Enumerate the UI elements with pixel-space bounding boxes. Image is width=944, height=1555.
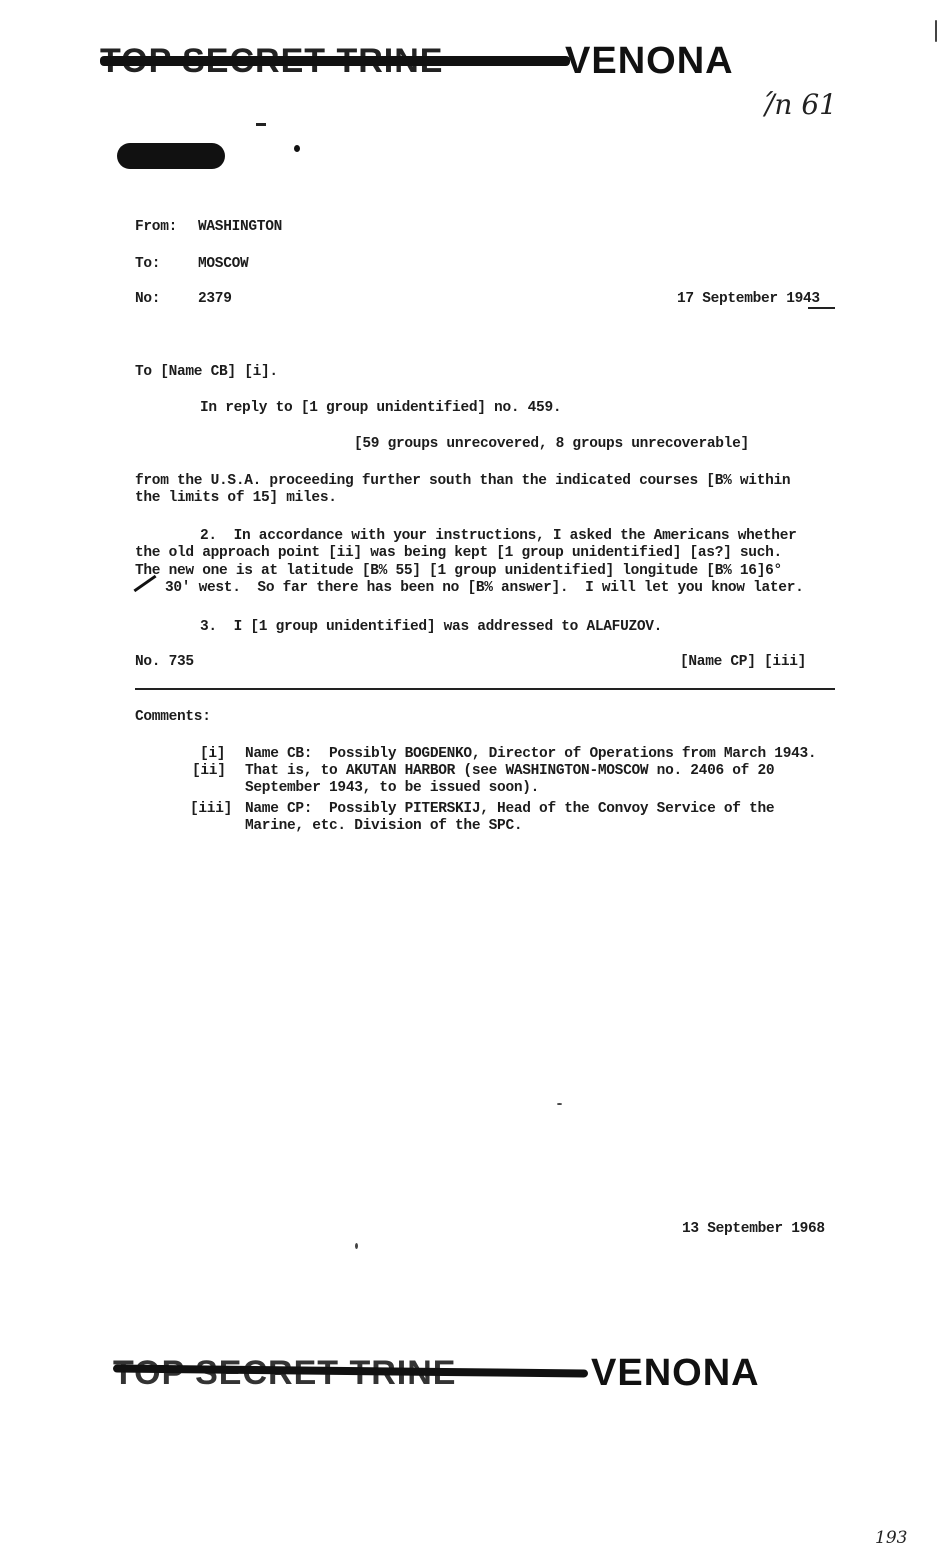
number-value: 2379 [198,291,232,307]
paragraph-1: In reply to [1 group unidentified] no. 4… [200,400,561,416]
speck [294,145,300,152]
number-label: No: [135,291,160,307]
classification-text: VENONA [565,40,734,83]
comment-marker-1: [i] [200,746,225,762]
message-date: 17 September 1943 [677,291,820,307]
from-label: From: [135,219,177,235]
comment-text-3a: Name CP: Possibly PITERSKIJ, Head of the… [245,801,774,817]
signature: [Name CP] [iii] [680,654,806,670]
speck [935,20,937,42]
paragraph-2-line-2: the old approach point [ii] was being ke… [135,545,782,561]
comments-heading: Comments: [135,709,211,725]
to-label: To: [135,256,160,272]
bottom-classification-banner: TOP SECRET TRINE VENONA [113,1350,803,1400]
salutation: To [Name CB] [i]. [135,364,278,380]
page-number: 193 [875,1528,907,1548]
speck [557,1103,562,1105]
paragraph-3: 3. I [1 group unidentified] was addresse… [200,619,662,635]
comment-marker-2: [ii] [192,763,226,779]
top-classification-banner: TOP SECRET TRINE VENONA [100,38,780,88]
gap-note: [59 groups unrecovered, 8 groups unrecov… [354,436,749,452]
comment-text-1: Name CB: Possibly BOGDENKO, Director of … [245,746,816,762]
paragraph-2-line-4: 30' west. So far there has been no [B% a… [165,580,804,596]
redaction-block [117,143,225,169]
paragraph-2-line-1: 2. In accordance with your instructions,… [200,528,797,544]
strike-through-bar [100,56,570,66]
paragraph-2-line-3: The new one is at latitude [B% 55] [1 gr… [135,563,782,579]
release-date: 13 September 1968 [682,1221,825,1237]
classification-text: VENONA [591,1352,760,1395]
to-value: MOSCOW [198,256,248,272]
speck [355,1243,358,1249]
small-mark [256,123,266,126]
paragraph-1b-line-2: the limits of 15] miles. [135,490,337,506]
comment-text-2a: That is, to AKUTAN HARBOR (see WASHINGTO… [245,763,774,779]
comment-text-2b: September 1943, to be issued soon). [245,780,539,796]
handwritten-reference: /́́n 61 [765,88,837,121]
from-value: WASHINGTON [198,219,282,235]
paragraph-1b-line-1: from the U.S.A. proceeding further south… [135,473,790,489]
comment-marker-3: [iii] [190,801,232,817]
divider-rule [135,688,835,690]
date-underline [808,307,835,309]
message-number: No. 735 [135,654,194,670]
comment-text-3b: Marine, etc. Division of the SPC. [245,818,522,834]
